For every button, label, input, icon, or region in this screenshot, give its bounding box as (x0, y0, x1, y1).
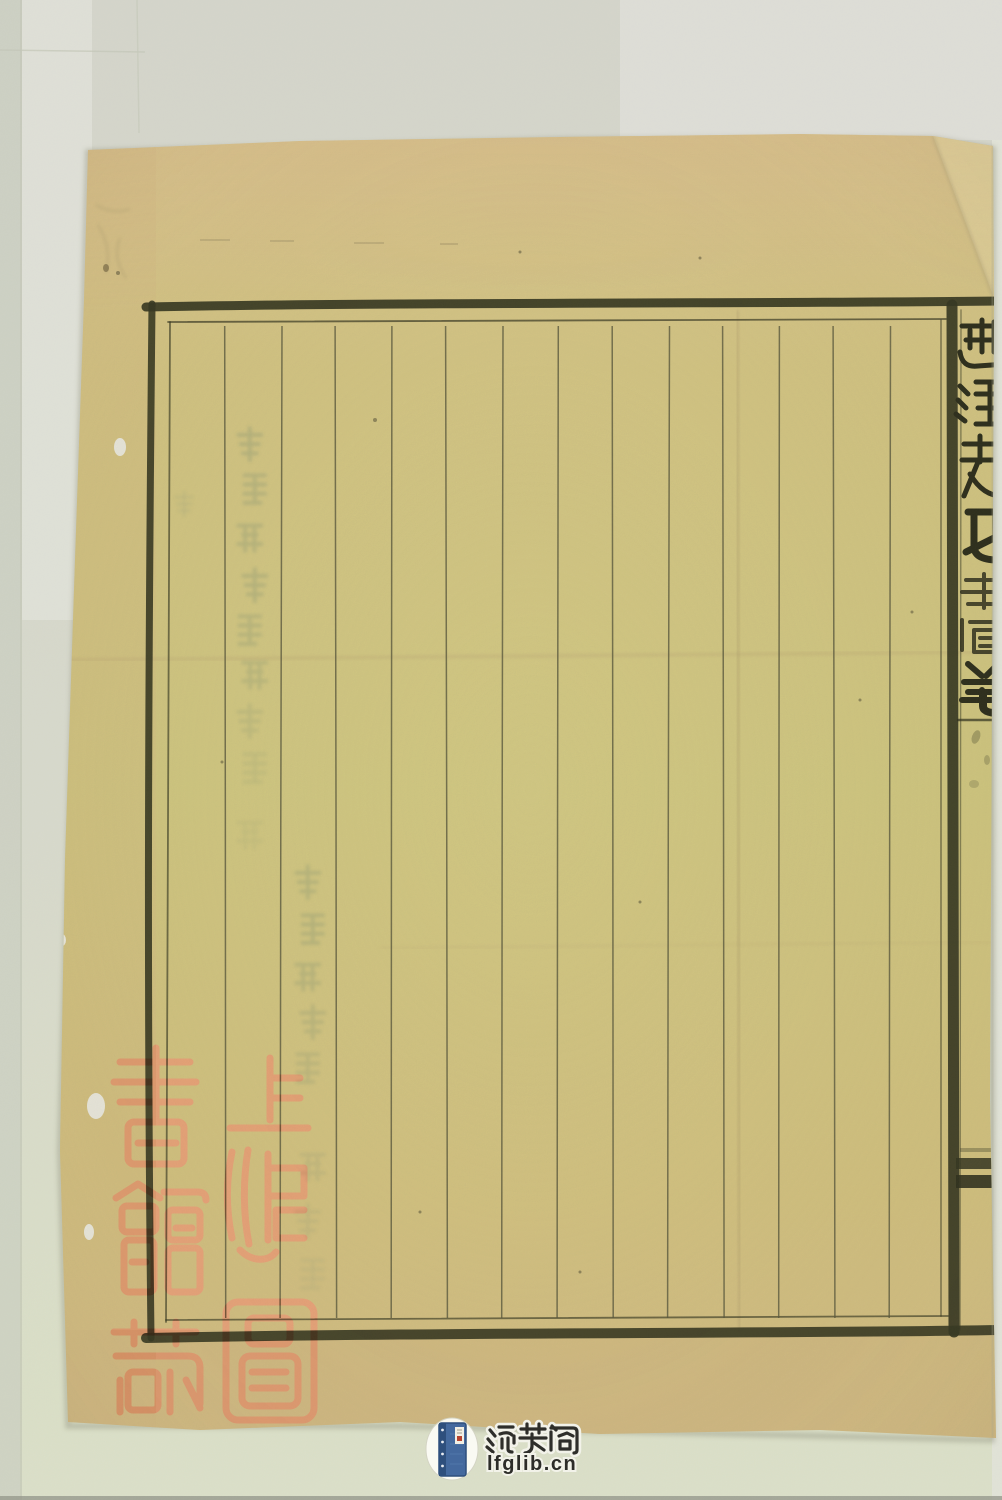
watermark-name (487, 1424, 577, 1453)
scan-image: lfglib.cn (0, 0, 1002, 1500)
book-icon (439, 1423, 466, 1476)
scanned-genealogy-page: lfglib.cn (0, 0, 1002, 1500)
book-label (455, 1427, 464, 1444)
photo-grain (0, 0, 1002, 1500)
site-watermark: lfglib.cn (426, 1418, 577, 1480)
watermark-site-url: lfglib.cn (487, 1453, 577, 1475)
